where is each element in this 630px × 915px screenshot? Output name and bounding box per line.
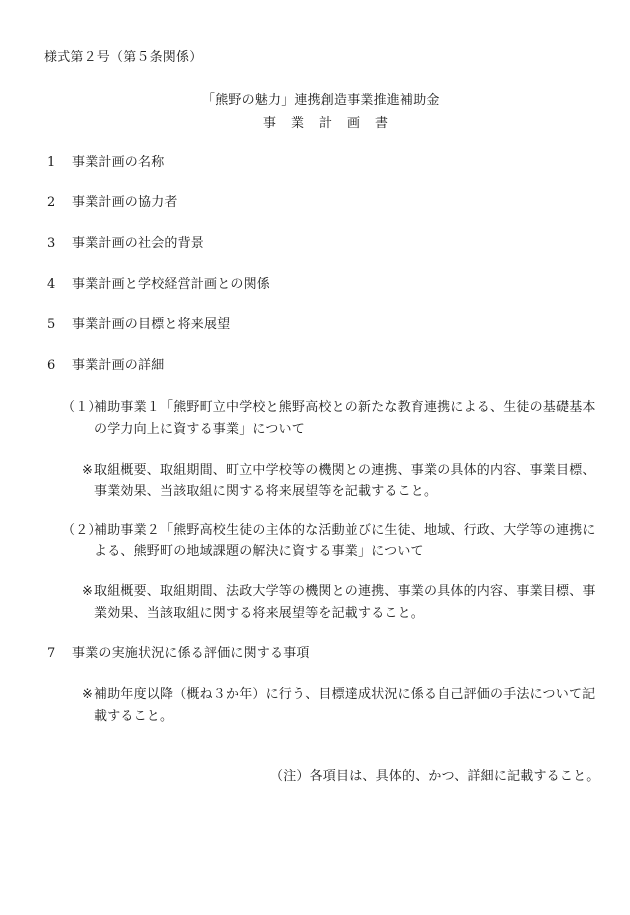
item-number: 5 bbox=[47, 317, 55, 333]
item-number: 6 bbox=[47, 358, 55, 374]
item-label: 事業の実施状況に係る評価に関する事項 bbox=[72, 646, 310, 662]
note-line1: 補助年度以降（概ね３か年）に行う、目標達成状況に係る自己評価の手法について記 bbox=[94, 687, 595, 703]
note-mark: ※ bbox=[82, 463, 93, 479]
item-label: 事業計画の目標と将来展望 bbox=[72, 317, 230, 333]
form-label: 様式第２号（第５条関係） bbox=[44, 50, 202, 66]
item-number: 2 bbox=[47, 195, 55, 211]
document-title: 「熊野の魅力」連携創造事業推進補助金 bbox=[202, 93, 440, 109]
sub-item-text-line2: の学力向上に資する事業」について bbox=[94, 422, 305, 438]
footnote: （注）各項目は、具体的、かつ、詳細に記載すること。 bbox=[270, 769, 599, 785]
sub-item-text-line2: よる、熊野町の地域課題の解決に資する事業」について bbox=[94, 544, 424, 560]
item-label: 事業計画の詳細 bbox=[72, 358, 164, 374]
item-number: 3 bbox=[47, 236, 55, 252]
item-number: 1 bbox=[47, 155, 55, 171]
note-line1: 取組概要、取組期間、法政大学等の機関との連携、事業の具体的内容、事業目標、事 bbox=[94, 584, 596, 600]
note-line2: 業効果、当該取組に関する将来展望等を記載すること。 bbox=[94, 606, 424, 622]
note-line2: 載すること。 bbox=[94, 709, 173, 725]
item-number: 7 bbox=[47, 646, 55, 662]
note-mark: ※ bbox=[82, 584, 93, 600]
note-mark: ※ bbox=[82, 687, 93, 703]
item-number: 4 bbox=[47, 277, 55, 293]
item-label: 事業計画の協力者 bbox=[72, 195, 178, 211]
item-label: 事業計画の名称 bbox=[72, 155, 164, 171]
sub-item-text-line1: 補助事業１「熊野町立中学校と熊野高校との新たな教育連携による、生徒の基礎基本 bbox=[94, 400, 596, 416]
sub-item-text-line1: 補助事業２「熊野高校生徒の主体的な活動並びに生徒、地域、行政、大学等の連携に bbox=[94, 523, 596, 539]
item-label: 事業計画と学校経営計画との関係 bbox=[72, 277, 270, 293]
item-label: 事業計画の社会的背景 bbox=[72, 236, 204, 252]
note-line1: 取組概要、取組期間、町立中学校等の機関との連携、事業の具体的内容、事業目標、 bbox=[94, 463, 596, 479]
note-line2: 事業効果、当該取組に関する将来展望等を記載すること。 bbox=[94, 484, 437, 500]
document-subtitle: 事業計画書 bbox=[263, 116, 403, 132]
